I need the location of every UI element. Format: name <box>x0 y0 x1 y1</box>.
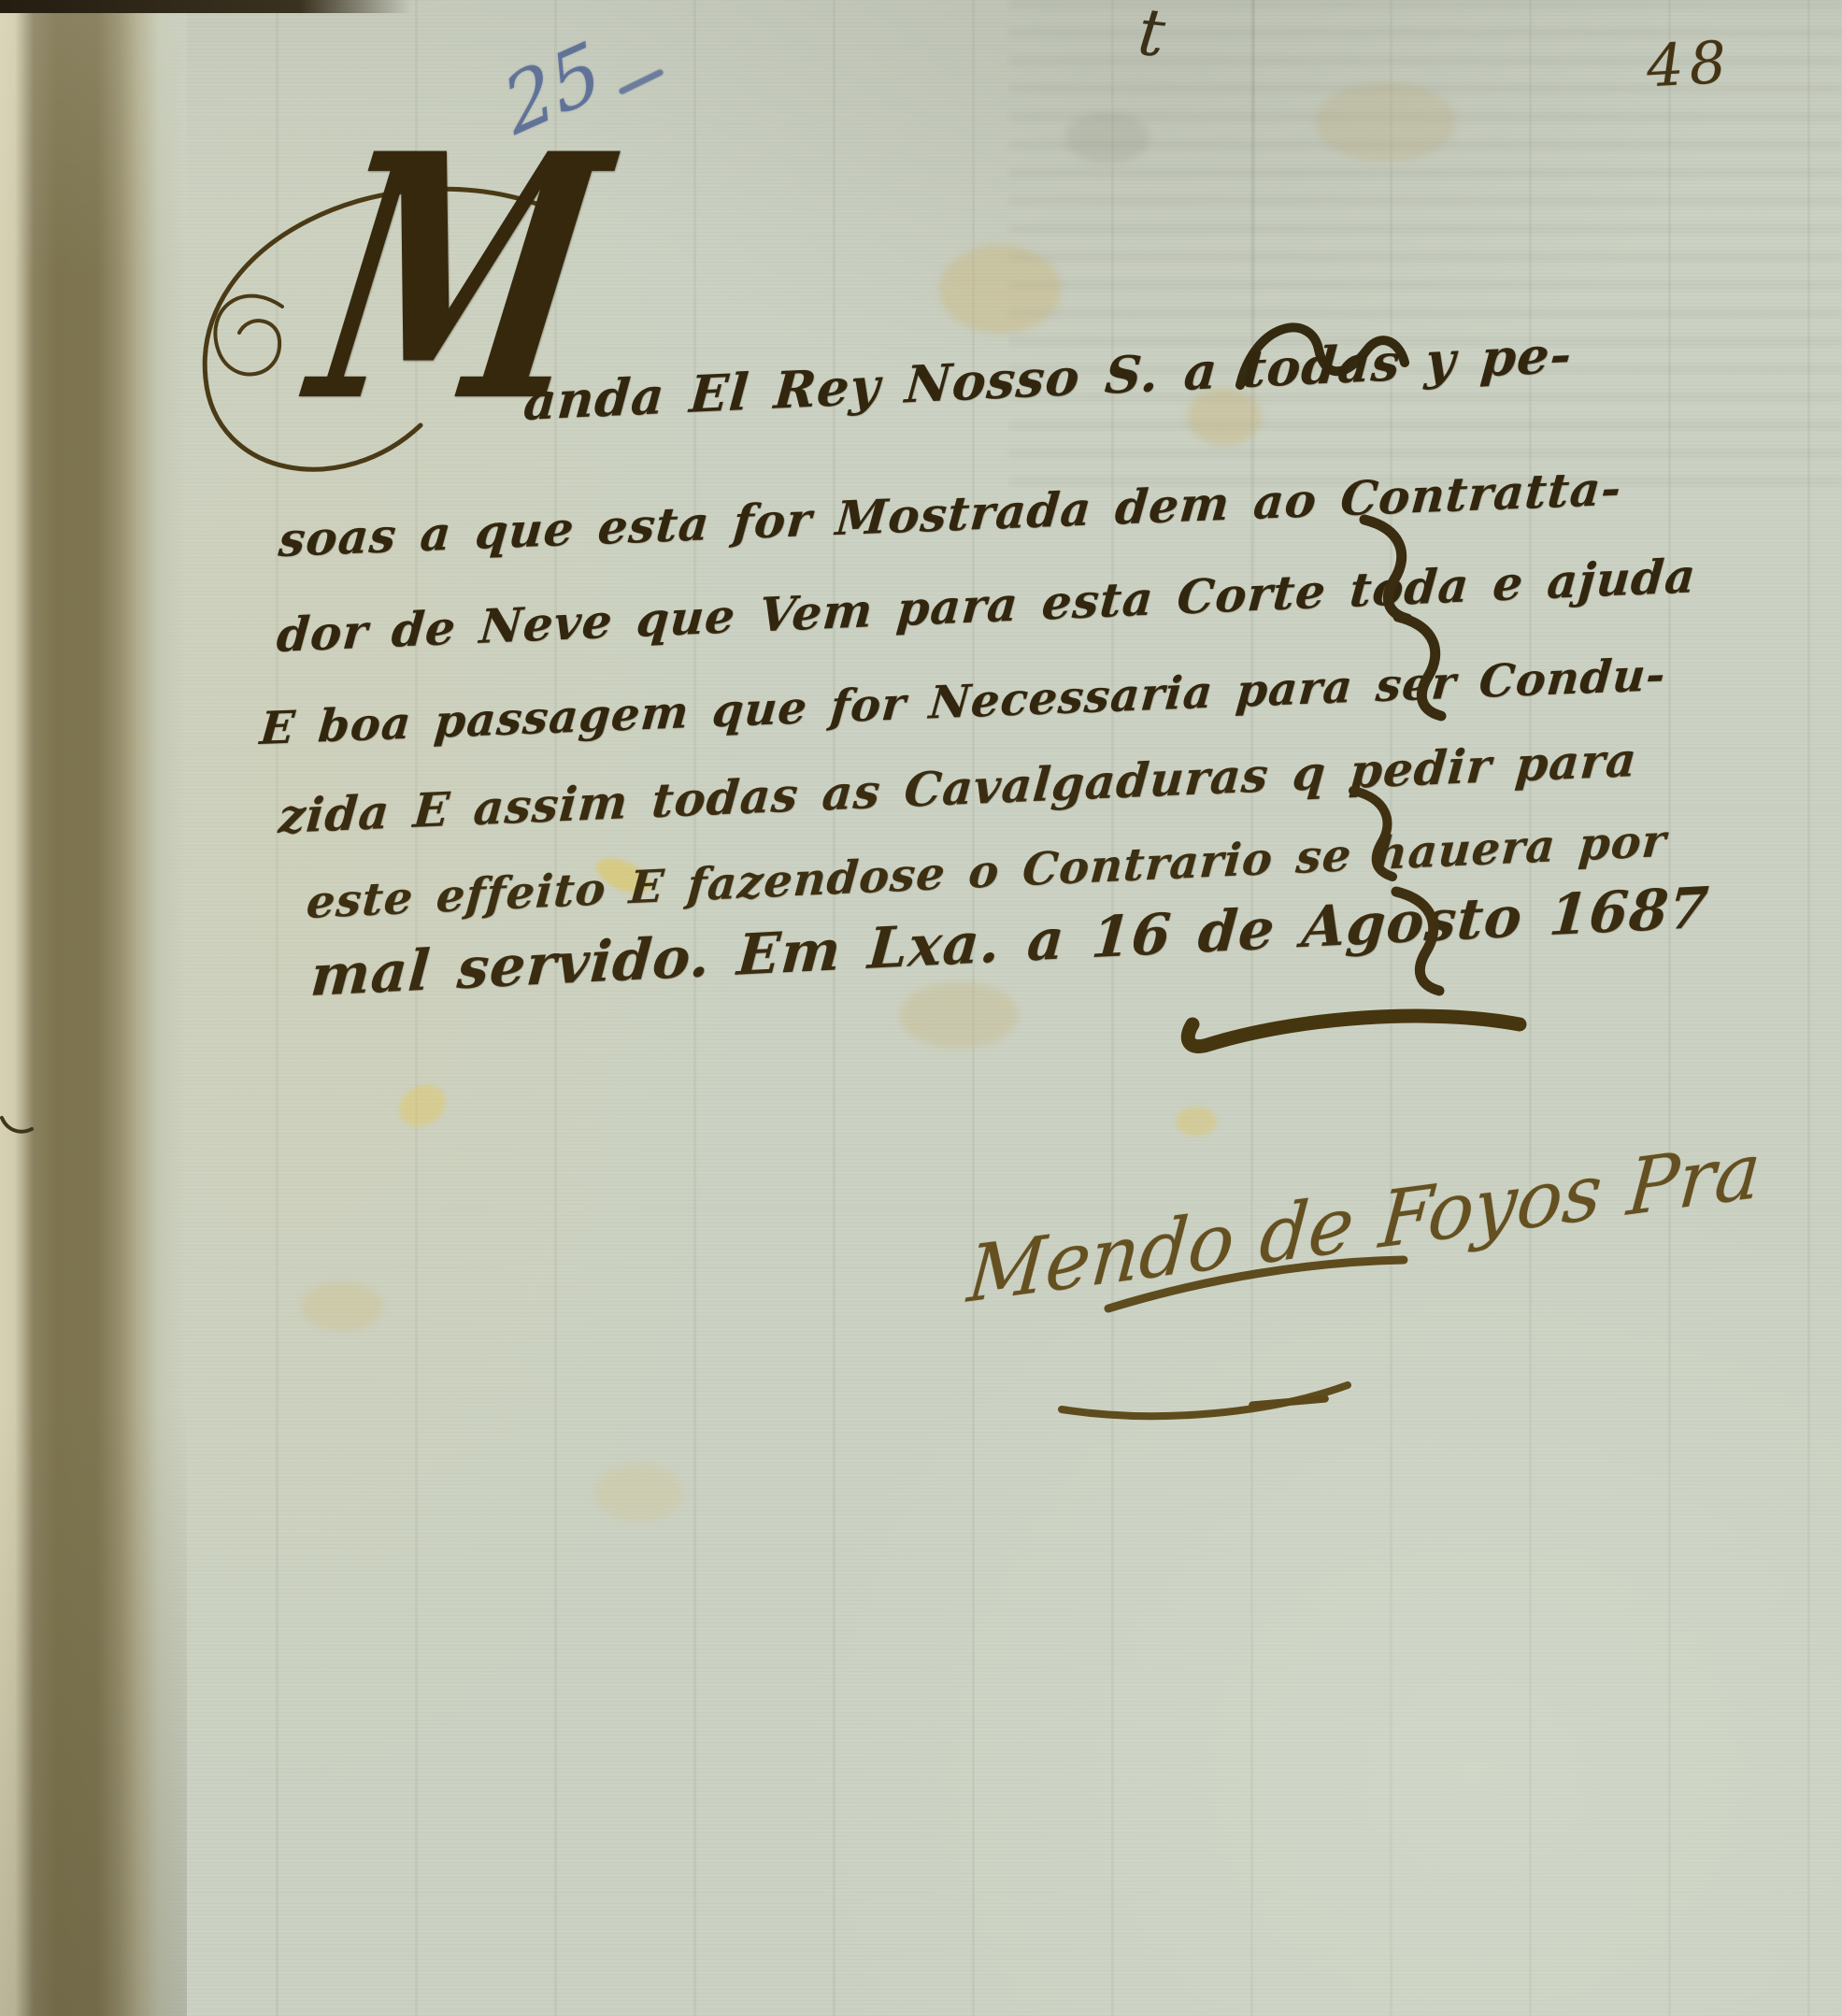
line-end-swash <box>1346 783 1411 886</box>
stain <box>301 1282 383 1331</box>
manuscript-page-scan: 25 t 48 M anda El Rey Nosso S. a todas y… <box>0 0 1842 2016</box>
page-top-dark-edge <box>0 0 411 13</box>
stain <box>594 1464 684 1522</box>
date-underline-flourish <box>1166 983 1540 1058</box>
stain <box>1065 112 1149 164</box>
edge-mark <box>0 1114 34 1138</box>
stain <box>939 245 1061 334</box>
folio-number: 48 <box>1645 28 1734 101</box>
stain <box>1176 1107 1217 1137</box>
stain <box>1316 82 1456 162</box>
line-end-swash <box>1391 609 1456 731</box>
stain <box>899 981 1019 1049</box>
signature-cross-stroke <box>1103 1254 1411 1320</box>
